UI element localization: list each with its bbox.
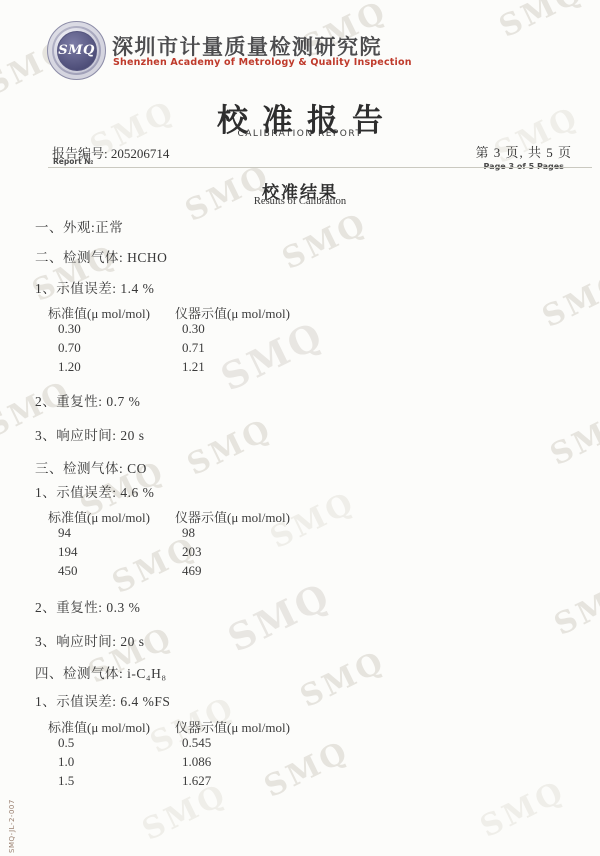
smq-logo-badge: SMQ	[57, 31, 97, 71]
standard-value-header: 标准值(μ mol/mol)	[48, 303, 150, 322]
report-page: SMQ SMQ SMQ SMQ SMQ SMQ SMQ SMQ SMQ SMQ …	[0, 0, 600, 856]
smq-watermark: SMQ	[494, 0, 590, 45]
smq-watermark: SMQ	[545, 402, 600, 473]
standard-value-cell: 0.70	[58, 340, 81, 356]
indicated-value-cell: 98	[182, 525, 195, 541]
indicated-value-cell: 0.545	[182, 735, 211, 751]
standard-value-cell: 1.0	[58, 754, 74, 770]
form-code-vertical: SMQ-JL-2-007	[8, 799, 16, 853]
indicated-value-header: 仪器示值(μ mol/mol)	[175, 717, 290, 736]
gas-line-hcho: 二、检测气体: HCHO	[35, 246, 167, 266]
smq-watermark: SMQ	[221, 573, 338, 660]
smq-watermark: SMQ	[549, 572, 600, 643]
indicated-value-header: 仪器示值(μ mol/mol)	[175, 303, 290, 322]
error-line-co: 1、示值误差: 4.6 %	[35, 481, 154, 501]
repeatability-line-co: 2、重复性: 0.3 %	[35, 596, 140, 616]
indicated-value-cell: 1.627	[182, 773, 211, 789]
calibration-table-co: 标准值(μ mol/mol) 仪器示值(μ mol/mol) 94 98 194…	[48, 507, 378, 582]
smq-watermark: SMQ	[277, 206, 373, 277]
standard-value-cell: 94	[58, 525, 71, 541]
page-indicator-cn: 第 3 页, 共 5 页	[475, 142, 572, 161]
standard-value-cell: 194	[58, 544, 78, 560]
repeatability-line-hcho: 2、重复性: 0.7 %	[35, 390, 140, 410]
standard-value-cell: 0.5	[58, 735, 74, 751]
indicated-value-cell: 469	[182, 563, 202, 579]
org-name-en: Shenzhen Academy of Metrology & Quality …	[113, 57, 412, 68]
indicated-value-cell: 1.086	[182, 754, 211, 770]
standard-value-cell: 1.20	[58, 359, 81, 375]
standard-value-cell: 450	[58, 563, 78, 579]
smq-logo: SMQ	[47, 21, 106, 80]
indicated-value-cell: 1.21	[182, 359, 205, 375]
smq-watermark: SMQ	[475, 774, 571, 845]
header-rule	[48, 167, 592, 168]
standard-value-header: 标准值(μ mol/mol)	[48, 717, 150, 736]
indicated-value-cell: 203	[182, 544, 202, 560]
report-number-label-en: Report №	[53, 157, 93, 166]
error-line-isobutylene: 1、示值误差: 6.4 %FS	[35, 690, 170, 710]
results-title-en: Results of Calibration	[0, 196, 600, 207]
indicated-value-cell: 0.71	[182, 340, 205, 356]
appearance-line: 一、外观:正常	[35, 216, 123, 236]
gas-line-isobutylene: 四、检测气体: i-C₄H₈	[35, 662, 167, 682]
indicated-value-header: 仪器示值(μ mol/mol)	[175, 507, 290, 526]
response-time-line-hcho: 3、响应时间: 20 s	[35, 424, 145, 444]
smq-watermark: SMQ	[537, 264, 600, 335]
report-title-en: CALIBRATION REPORT	[0, 129, 600, 139]
response-time-line-co: 3、响应时间: 20 s	[35, 630, 145, 650]
indicated-value-cell: 0.30	[182, 321, 205, 337]
calibration-table-isobutylene: 标准值(μ mol/mol) 仪器示值(μ mol/mol) 0.5 0.545…	[48, 717, 378, 792]
smq-watermark: SMQ	[295, 644, 391, 715]
smq-watermark: SMQ	[182, 412, 278, 483]
gas-line-co: 三、检测气体: CO	[35, 457, 147, 477]
standard-value-cell: 1.5	[58, 773, 74, 789]
error-line-hcho: 1、示值误差: 1.4 %	[35, 277, 154, 297]
standard-value-header: 标准值(μ mol/mol)	[48, 507, 150, 526]
calibration-table-hcho: 标准值(μ mol/mol) 仪器示值(μ mol/mol) 0.30 0.30…	[48, 303, 378, 378]
standard-value-cell: 0.30	[58, 321, 81, 337]
